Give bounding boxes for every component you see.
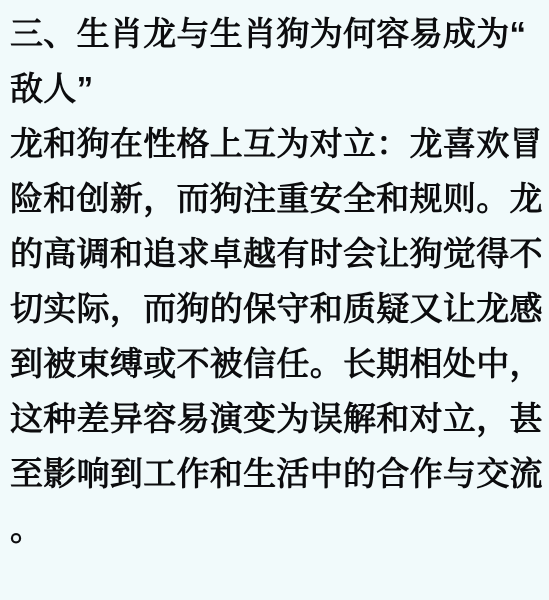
body-line-7: 至影响到工作和生活中的合作与交流	[10, 446, 543, 501]
body-line-6: 这种差异容易演变为误解和对立，甚	[10, 391, 543, 446]
article-page: 三、生肖龙与生肖狗为何容易成为“ 敌人” 龙和狗在性格上互为对立：龙喜欢冒 险和…	[0, 0, 549, 600]
body-line-3: 的高调和追求卓越有时会让狗觉得不	[10, 226, 543, 281]
body-line-4: 切实际，而狗的保守和质疑又让龙感	[10, 281, 543, 336]
body-line-1: 龙和狗在性格上互为对立：龙喜欢冒	[10, 116, 543, 171]
body-paragraph: 龙和狗在性格上互为对立：龙喜欢冒 险和创新，而狗注重安全和规则。龙 的高调和追求…	[10, 116, 543, 556]
heading-line-1: 三、生肖龙与生肖狗为何容易成为“	[10, 6, 543, 61]
body-line-5: 到被束缚或不被信任。长期相处中，	[10, 336, 543, 391]
heading-line-2: 敌人”	[10, 61, 543, 116]
section-heading: 三、生肖龙与生肖狗为何容易成为“ 敌人”	[10, 6, 543, 116]
body-line-8: 。	[10, 501, 543, 556]
body-line-2: 险和创新，而狗注重安全和规则。龙	[10, 171, 543, 226]
